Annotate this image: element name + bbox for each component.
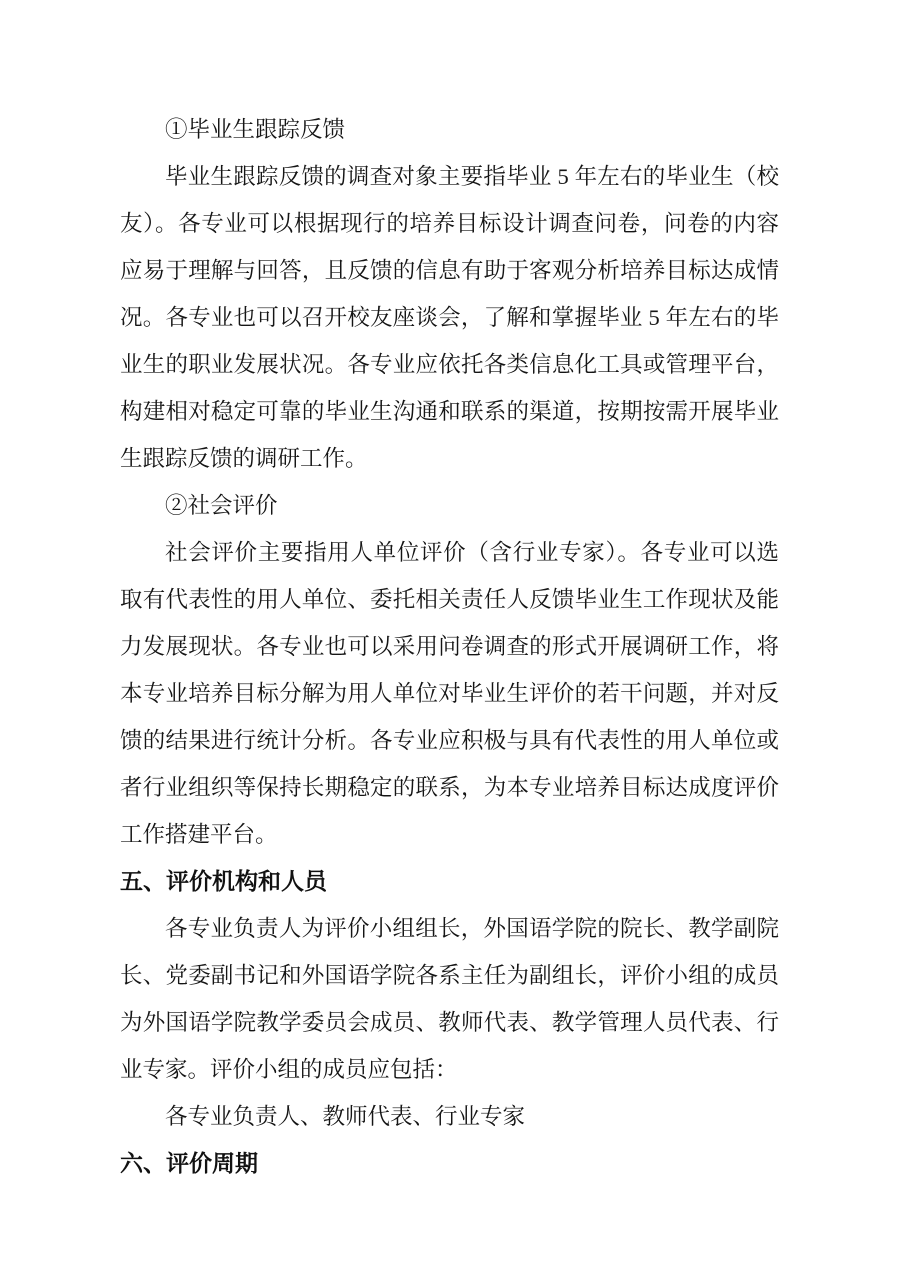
document-body: ①毕业生跟踪反馈 毕业生跟踪反馈的调查对象主要指毕业 5 年左右的毕业生（校友）… bbox=[120, 106, 779, 1187]
paragraph-graduate-tracking: 毕业生跟踪反馈的调查对象主要指毕业 5 年左右的毕业生（校友）。各专业可以根据现… bbox=[120, 153, 779, 482]
list-line-group-members: 各专业负责人、教师代表、行业专家 bbox=[120, 1093, 779, 1140]
sub-item-heading-graduate-tracking: ①毕业生跟踪反馈 bbox=[120, 106, 779, 153]
paragraph-evaluation-group: 各专业负责人为评价小组组长，外国语学院的院长、教学副院长、党委副书记和外国语学院… bbox=[120, 905, 779, 1093]
paragraph-social-evaluation: 社会评价主要指用人单位评价（含行业专家）。各专业可以选取有代表性的用人单位、委托… bbox=[120, 529, 779, 858]
section-heading-evaluation-organization: 五、评价机构和人员 bbox=[120, 858, 779, 905]
section-heading-evaluation-cycle: 六、评价周期 bbox=[120, 1140, 779, 1187]
sub-item-heading-social-evaluation: ②社会评价 bbox=[120, 482, 779, 529]
document-page: ①毕业生跟踪反馈 毕业生跟踪反馈的调查对象主要指毕业 5 年左右的毕业生（校友）… bbox=[0, 0, 899, 1272]
